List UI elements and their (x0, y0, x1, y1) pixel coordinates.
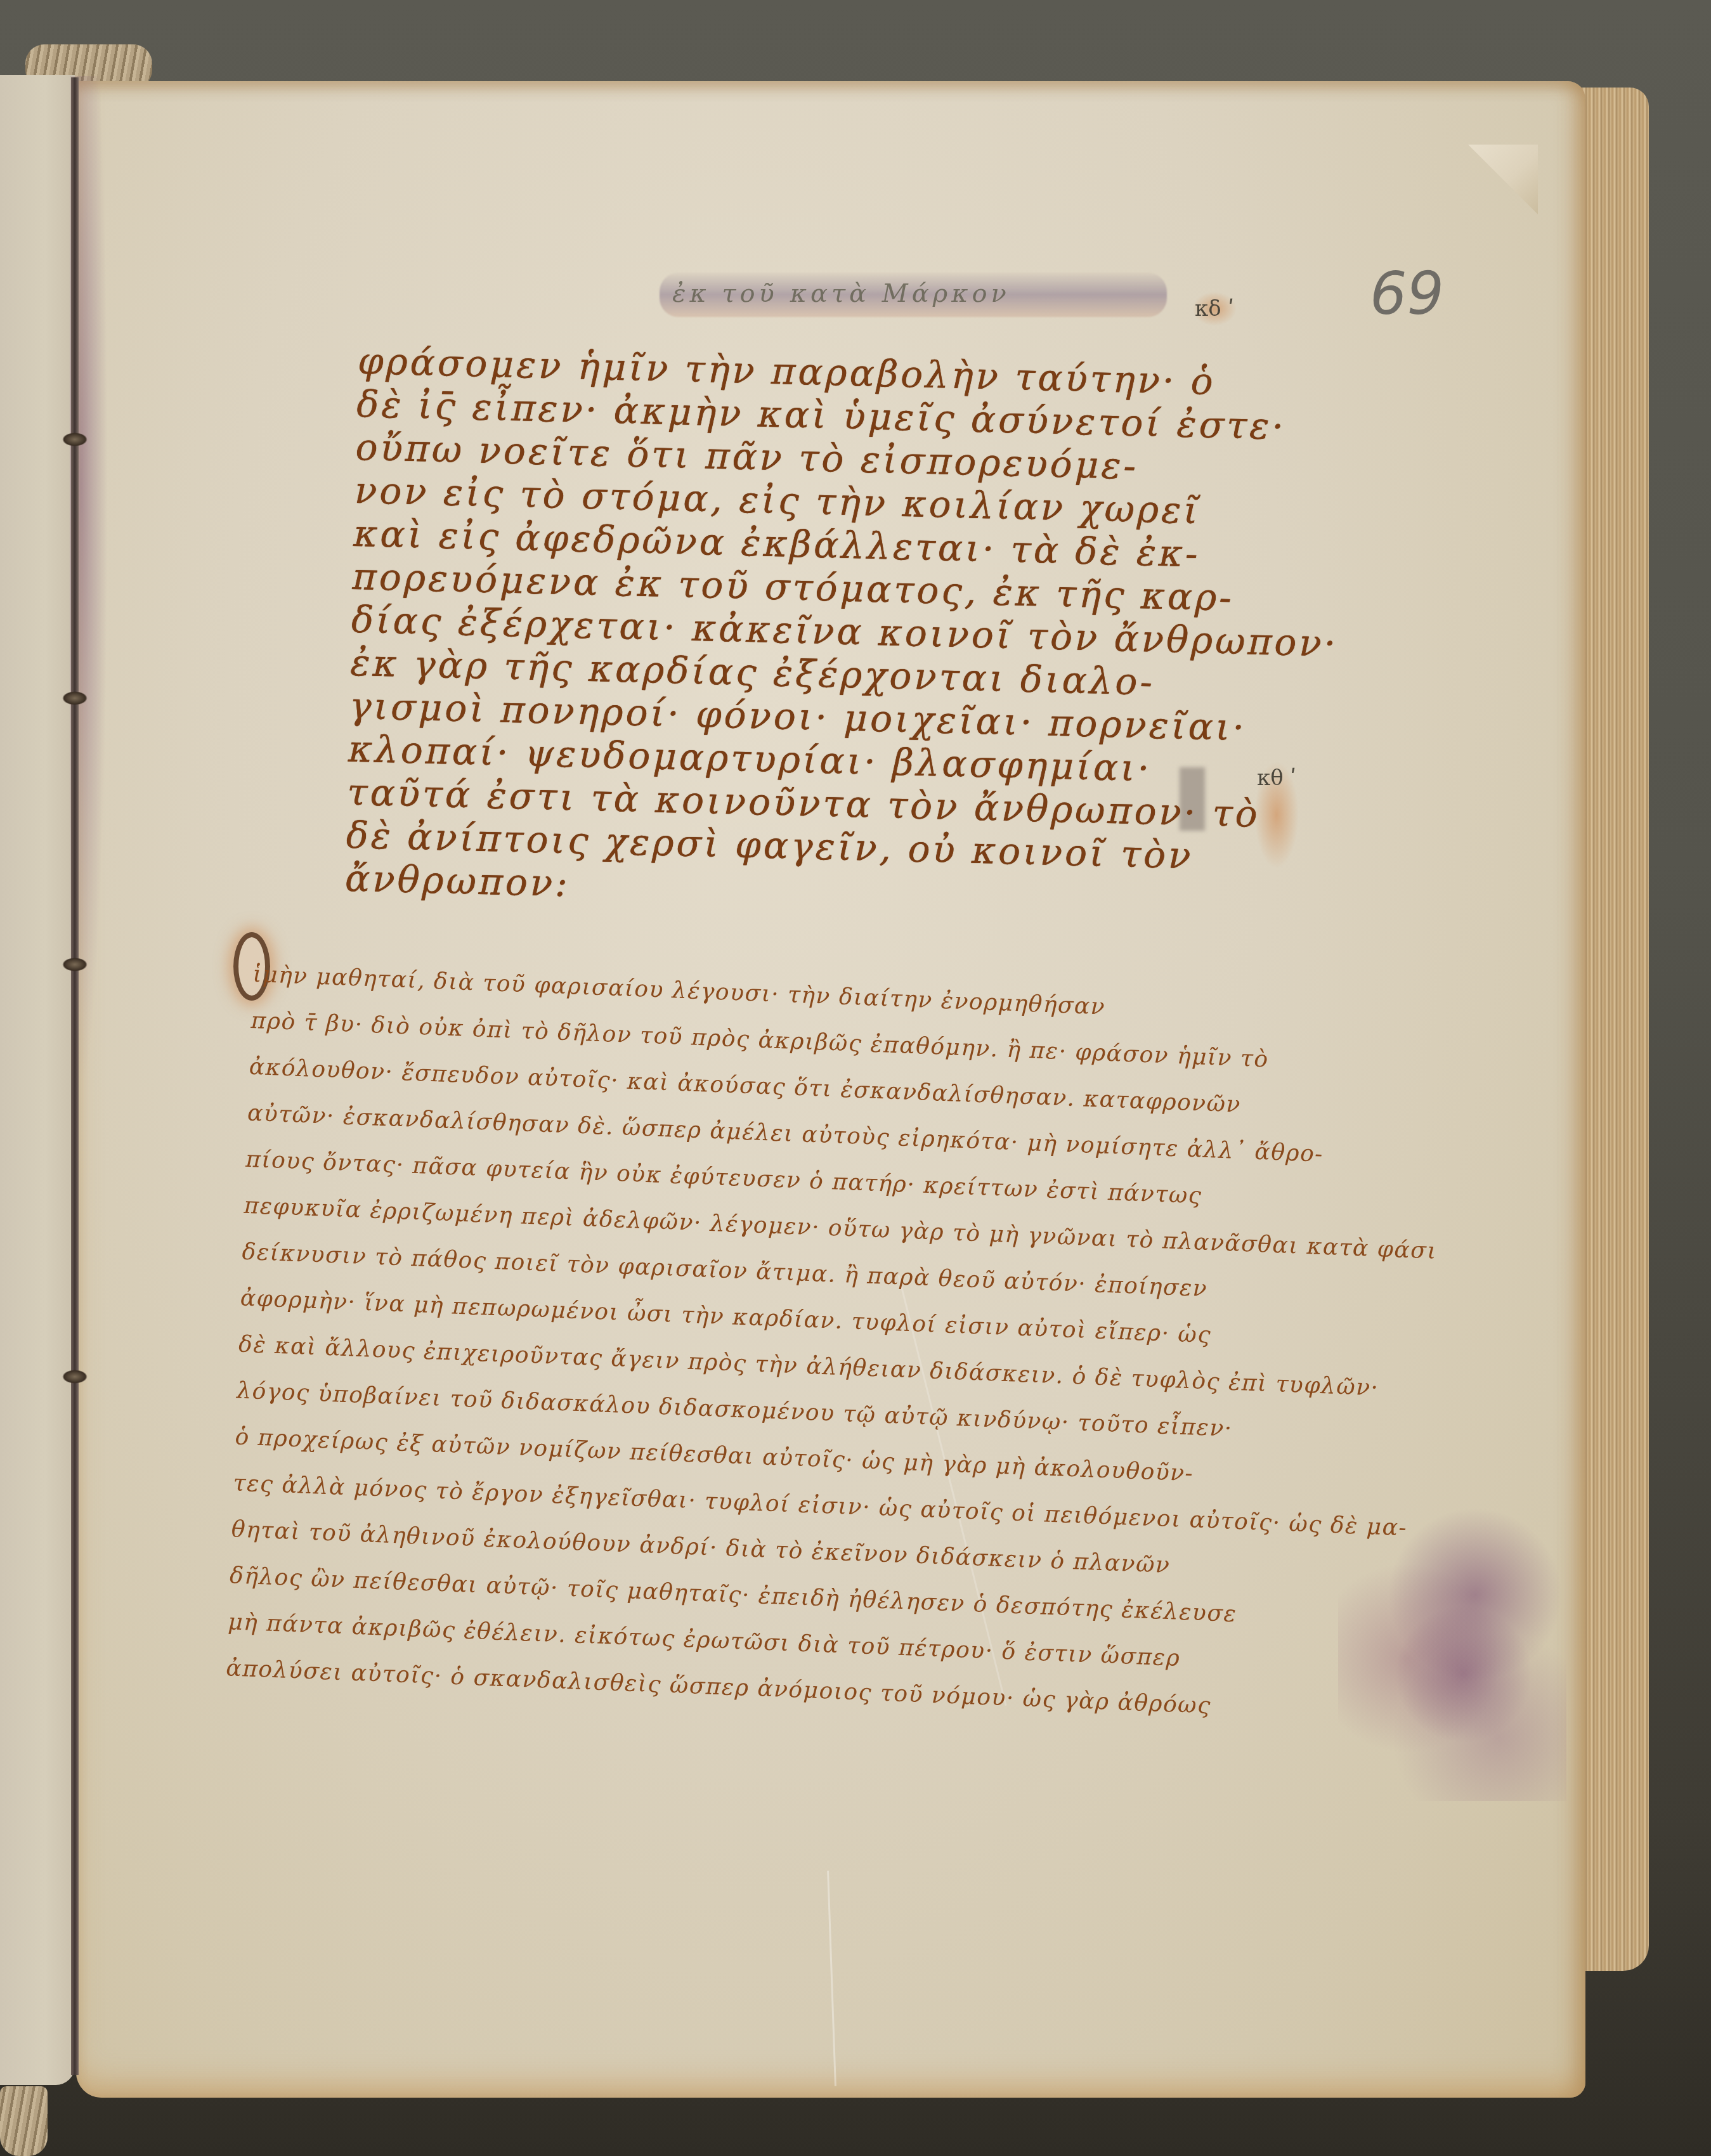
sewing-station-icon (62, 691, 88, 705)
sewing-station-icon (62, 432, 88, 446)
main-text-block: φράσομεν ἡμῖν τὴν παραβολὴν ταύτην· ὁ δὲ… (344, 339, 1246, 921)
margin-note: κδ ʹ (1192, 292, 1237, 326)
commentary-block: ἱμὴν μαθηταί, διὰ τοῦ φαρισαίου λέγουσι·… (225, 951, 1255, 1730)
sewing-station-icon (62, 1370, 88, 1384)
verso-page-edge (0, 75, 75, 2085)
margin-note: κθ ʹ (1254, 761, 1299, 869)
headpiece-title: ἐκ τοῦ κατὰ Μάρκον (672, 279, 1154, 311)
sewing-station-icon (62, 958, 88, 971)
spine-gutter (71, 77, 79, 2075)
folio-number: 69 (1370, 260, 1444, 328)
binding-thread-bottom (0, 2086, 48, 2156)
